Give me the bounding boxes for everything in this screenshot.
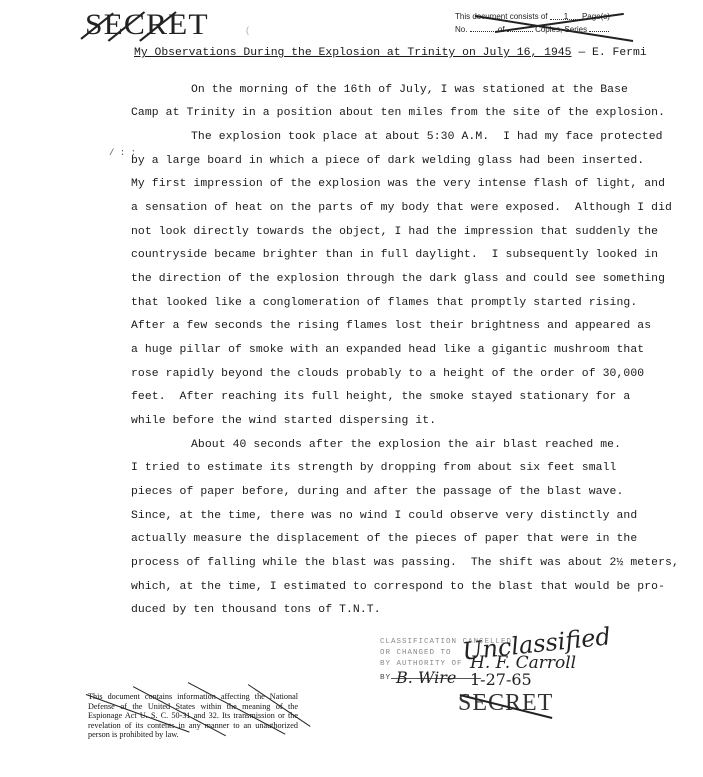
document-title: My Observations During the Explosion at … (134, 47, 647, 59)
body-line: which, at the time, I estimated to corre… (131, 581, 665, 593)
margin-mark: ( (245, 26, 250, 36)
body-line: process of falling while the blast was p… (131, 557, 679, 569)
handwritten-signature: B. Wire (396, 668, 456, 687)
series-blank (589, 23, 609, 32)
body-line: countryside became brighter than in full… (131, 249, 658, 261)
copy-number-blank (470, 23, 496, 32)
body-line: I tried to estimate its strength by drop… (131, 462, 616, 474)
body-line: After a few seconds the rising flames lo… (131, 320, 651, 332)
title-separator: — (571, 47, 592, 59)
body-line: On the morning of the 16th of July, I wa… (191, 84, 628, 96)
body-line: About 40 seconds after the explosion the… (191, 439, 621, 451)
notice-text: This document contains information affec… (88, 692, 298, 739)
classification-text: SECRET (85, 8, 209, 41)
body-line: duced by ten thousand tons of T.N.T. (131, 604, 381, 616)
body-line: Camp at Trinity in a position about ten … (131, 107, 665, 119)
body-line: actually measure the displacement of the… (131, 533, 637, 545)
body-line: pieces of paper before, during and after… (131, 486, 623, 498)
copy-control-notice: This document consists of 1 Page(s) No. … (455, 11, 610, 36)
classification-stamp-bottom: SECRET (458, 690, 553, 717)
pages-value: 1 (550, 12, 568, 21)
body-line: a huge pillar of smoke with an expanded … (131, 344, 644, 356)
body-line: while before the wind started dispersing… (131, 415, 436, 427)
body-line: the direction of the explosion through t… (131, 273, 665, 285)
classification-text: SECRET (458, 690, 553, 716)
copy-notice-text: No. (455, 25, 467, 34)
body-line: a sensation of heat on the parts of my b… (131, 202, 672, 214)
stamp-by-label: BY (380, 674, 391, 682)
title-author: E. Fermi (592, 47, 647, 59)
body-line: Since, at the time, there was no wind I … (131, 510, 637, 522)
body-line: The explosion took place at about 5:30 A… (191, 131, 663, 143)
title-text: My Observations During the Explosion at … (134, 47, 571, 59)
body-line: rose rapidly beyond the clouds probably … (131, 368, 644, 380)
body-line: My first impression of the explosion was… (131, 178, 665, 190)
espionage-act-notice: This document contains information affec… (88, 692, 298, 740)
body-line: feet. After reaching its full height, th… (131, 391, 630, 403)
handwritten-date: 1-27-65 (470, 670, 532, 689)
body-line: by a large board in which a piece of dar… (131, 155, 644, 167)
body-line: that looked like a conglomeration of fla… (131, 297, 637, 309)
body-line: not look directly towards the object, I … (131, 226, 658, 238)
classification-stamp-top: SECRET (85, 8, 209, 42)
